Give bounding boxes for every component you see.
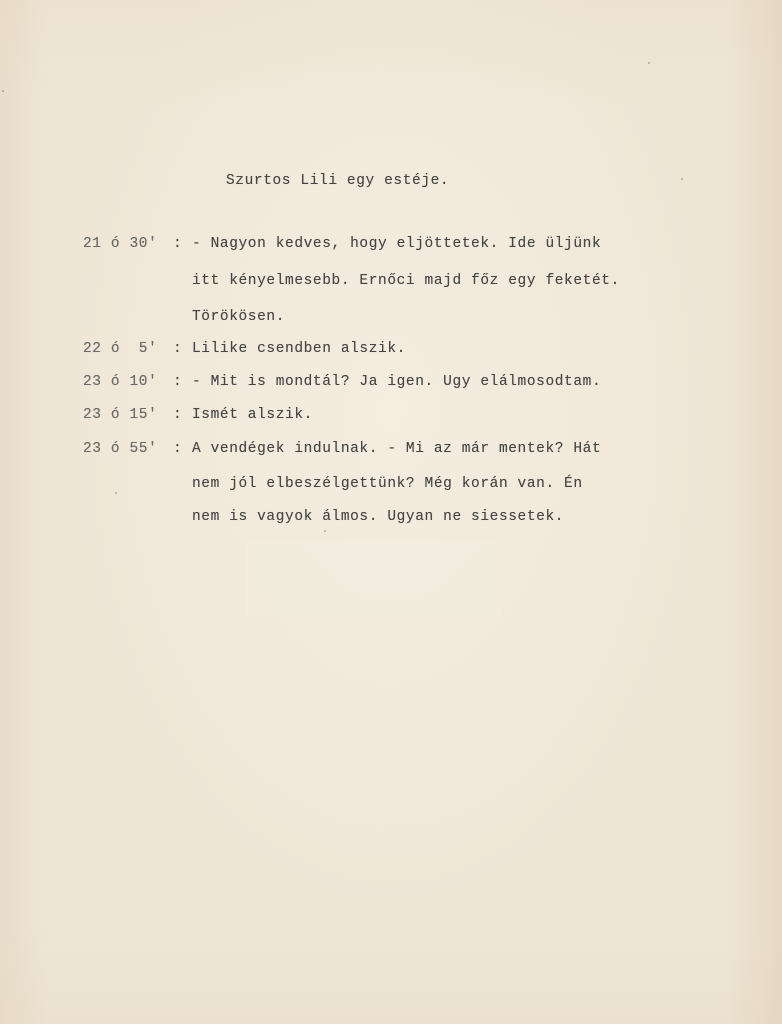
paper-stain [246, 540, 502, 616]
entry-time: 21 ó 30' [83, 236, 157, 252]
entry-separator: : [173, 407, 182, 423]
paper-speck [115, 492, 117, 494]
entry-time: 23 ó 55' [83, 441, 157, 457]
entry-line: nem jól elbeszélgettünk? Még korán van. … [192, 476, 583, 492]
entry-time: 22 ó 5' [83, 341, 157, 357]
entry-line: - Mit is mondtál? Ja igen. Ugy elálmosod… [192, 374, 601, 390]
entry-separator: : [173, 441, 182, 457]
paper-speck [648, 62, 650, 64]
entry-line: itt kényelmesebb. Ernőci majd főz egy fe… [192, 273, 620, 289]
entry-separator: : [173, 374, 182, 390]
entry-line: A vendégek indulnak. - Mi az már mentek?… [192, 441, 601, 457]
entry-time: 23 ó 10' [83, 374, 157, 390]
paper-speck [2, 90, 4, 92]
entry-separator: : [173, 236, 182, 252]
entry-separator: : [173, 341, 182, 357]
entry-line: Törökösen. [192, 309, 285, 325]
entry-line: nem is vagyok álmos. Ugyan ne siessetek. [192, 509, 564, 525]
entry-line: Ismét alszik. [192, 407, 313, 423]
entry-time: 23 ó 15' [83, 407, 157, 423]
paper-speck [681, 178, 683, 180]
paper-speck [324, 530, 326, 532]
entry-line: Lilike csendben alszik. [192, 341, 406, 357]
entry-line: - Nagyon kedves, hogy eljöttetek. Ide ül… [192, 236, 601, 252]
document-title: Szurtos Lili egy estéje. [226, 173, 449, 189]
